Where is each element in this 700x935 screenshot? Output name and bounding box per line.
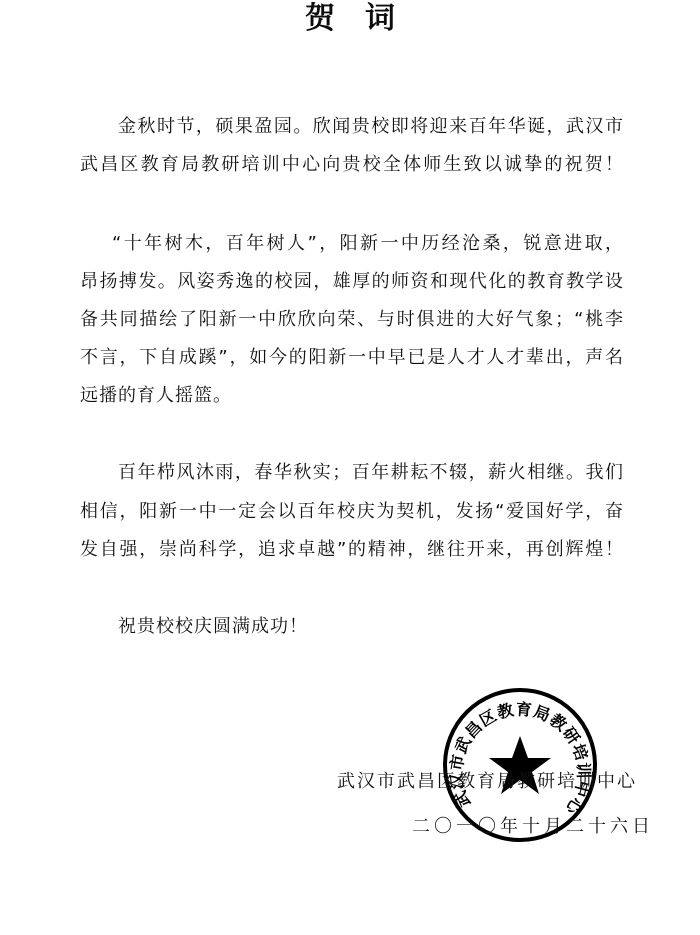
signature-organization: 武汉市武昌区教育局教研培训中心 [337,770,637,794]
paragraph-1-line-1: 金秋时节，硕果盈园。欣闻贵校即将迎来百年华诞，武汉市 [118,115,624,139]
paragraph-2-line-4: 不言，下自成蹊”，如今的阳新一中早已是人才人才辈出，声名 [80,346,624,370]
paragraph-2-line-3: 备共同描绘了阳新一中欣欣向荣、与时俱进的大好气象；“桃李 [80,308,624,332]
document-page: 贺词 金秋时节，硕果盈园。欣闻贵校即将迎来百年华诞，武汉市 武昌区教育局教研培训… [0,0,700,935]
paragraph-2-line-2: 昂扬搏发。风姿秀逸的校园，雄厚的师资和现代化的教育教学设 [80,270,624,294]
signature-date: 二〇一〇年十月二十六日 [412,815,654,839]
paragraph-4-line-1: 祝贵校校庆圆满成功！ [118,615,308,639]
paragraph-2-line-1: “十年树木，百年树人”，阳新一中历经沧桑，锐意进取， [112,232,624,256]
paragraph-3-line-2: 相信，阳新一中一定会以百年校庆为契机，发扬“爱国好学，奋 [80,500,624,524]
document-title: 贺词 [0,0,700,38]
paragraph-3-line-3: 发自强，崇尚科学，追求卓越”的精神，继往开来，再创辉煌！ [80,538,624,562]
paragraph-2-line-5: 远播的育人摇篮。 [80,384,232,408]
paragraph-1-line-2: 武昌区教育局教研培训中心向贵校全体师生致以诚挚的祝贺！ [80,153,624,177]
paragraph-3-line-1: 百年栉风沐雨，春华秋实；百年耕耘不辍，薪火相继。我们 [118,461,624,485]
